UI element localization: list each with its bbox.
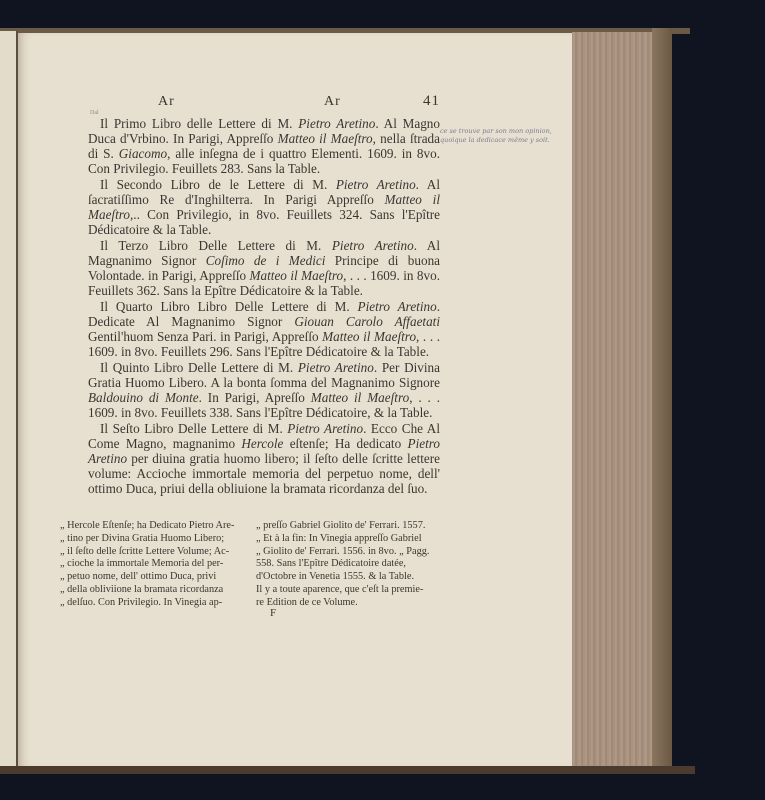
footnote-line: 558. Sans l'Epître Dédicatoire datée, bbox=[256, 558, 442, 571]
book-fore-edge bbox=[572, 32, 672, 767]
footnote-line: „ delſuo. Con Privilegio. In Vinegia ap- bbox=[60, 597, 246, 610]
bibliography-entries: Il Primo Libro delle Lettere di M. Pietr… bbox=[88, 116, 440, 496]
facing-page-edge bbox=[0, 31, 18, 771]
bibliography-entry: Il Primo Libro delle Lettere di M. Pietr… bbox=[88, 116, 440, 176]
footnote-line: „ della obliviione la bramata ricordanza bbox=[60, 584, 246, 597]
footnote-line: „ Hercole Eſtenſe; ha Dedicato Pietro Ar… bbox=[60, 520, 246, 533]
footnote-column-right: „ preſſo Gabriel Giolito de' Ferrari. 15… bbox=[256, 520, 442, 610]
bibliography-entry: Il Secondo Libro de le Lettere di M. Pie… bbox=[88, 177, 440, 237]
footnote-line: „ tino per Divina Gratia Huomo Libero; bbox=[60, 533, 246, 546]
footnote-line: „ cioche la immortale Memoria del per- bbox=[60, 558, 246, 571]
running-head: Ar Ar 41 bbox=[88, 94, 440, 116]
footnote-line: d'Octobre in Venetia 1555. & la Table. bbox=[256, 571, 442, 584]
footnote-line: „ petuo nome, dell' ottimo Duca, privi bbox=[60, 571, 246, 584]
bibliography-entry: Il Quinto Libro Delle Lettere di M. Piet… bbox=[88, 360, 440, 420]
bibliography-entry: Il Terzo Libro Delle Lettere di M. Pietr… bbox=[88, 238, 440, 298]
running-head-center: Ar bbox=[324, 94, 341, 109]
signature-mark: F bbox=[270, 607, 276, 619]
footnote-line: „ il ſeſto delle ſcritte Lettere Volume;… bbox=[60, 546, 246, 559]
footnotes: „ Hercole Eſtenſe; ha Dedicato Pietro Ar… bbox=[60, 520, 442, 610]
footnote-line: „ preſſo Gabriel Giolito de' Ferrari. 15… bbox=[256, 520, 442, 533]
book-cover-bottom-edge bbox=[0, 766, 695, 774]
footnote-line: „ Giolito de' Ferrari. 1556. in 8vo. „ P… bbox=[256, 546, 442, 559]
bibliography-entry: Il Seſto Libro Delle Lettere di M. Pietr… bbox=[88, 421, 440, 496]
footnote-line: „ Et à la fin: In Vinegia appreſſo Gabri… bbox=[256, 533, 442, 546]
bibliography-entry: Il Quarto Libro Libro Delle Lettere di M… bbox=[88, 299, 440, 359]
footnote-line: re Edition de ce Volume. bbox=[256, 597, 442, 610]
footnote-line: Il y a toute aparence, que c'eſt la prem… bbox=[256, 584, 442, 597]
handwritten-marginalia: ce se trouve par son mon opinion, quoiqu… bbox=[440, 127, 570, 145]
footnote-column-left: „ Hercole Eſtenſe; ha Dedicato Pietro Ar… bbox=[60, 520, 246, 610]
page-number: 41 bbox=[423, 94, 440, 109]
running-head-left: Ar bbox=[158, 94, 175, 109]
main-text-block: Ar Ar 41 Il Primo Libro delle Lettere di… bbox=[88, 94, 440, 497]
